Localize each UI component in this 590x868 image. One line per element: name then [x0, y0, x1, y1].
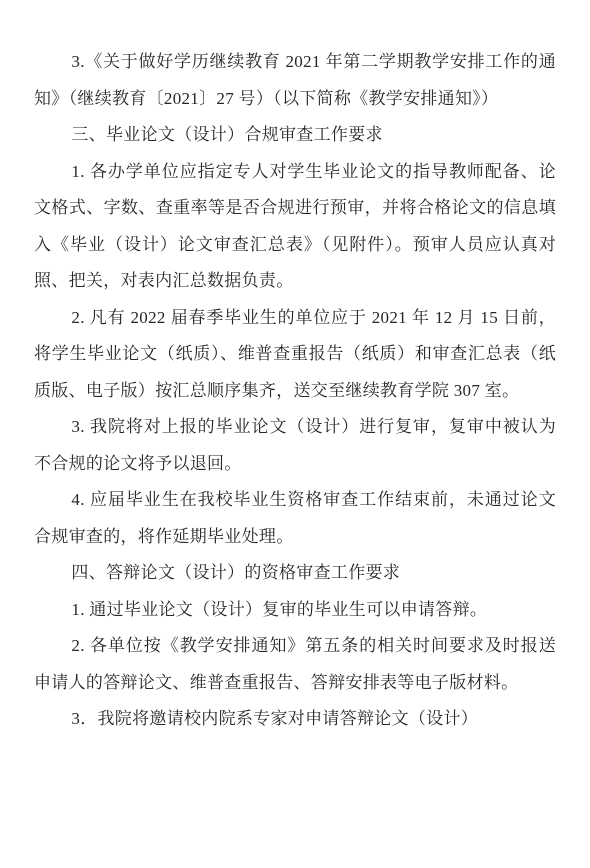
paragraph-defense-item2: 2. 各单位按《教学安排通知》第五条的相关时间要求及时报送申请人的答辩论文、维普… [34, 628, 556, 701]
paragraph-defense-item3: 3．我院将邀请校内院系专家对申请答辩论文（设计） [34, 701, 556, 738]
paragraph-presscreen-item2: 2. 凡有 2022 届春季毕业生的单位应于 2021 年 12 月 15 日前… [34, 300, 556, 410]
section-heading-3: 三、毕业论文（设计）合规审查工作要求 [34, 117, 556, 154]
paragraph-presscreen-item4: 4. 应届毕业生在我校毕业生资格审查工作结束前，未通过论文合规审查的，将作延期毕… [34, 482, 556, 555]
document-body: 3.《关于做好学历继续教育 2021 年第二学期教学安排工作的通知》（继续教育〔… [34, 44, 556, 738]
document-page: 3.《关于做好学历继续教育 2021 年第二学期教学安排工作的通知》（继续教育〔… [0, 0, 590, 868]
section-heading-4: 四、答辩论文（设计）的资格审查工作要求 [34, 555, 556, 592]
paragraph-presscreen-item1: 1. 各办学单位应指定专人对学生毕业论文的指导教师配备、论文格式、字数、查重率等… [34, 154, 556, 300]
paragraph-presscreen-item3: 3. 我院将对上报的毕业论文（设计）进行复审，复审中被认为不合规的论文将予以退回… [34, 409, 556, 482]
paragraph-defense-item1: 1. 通过毕业论文（设计）复审的毕业生可以申请答辩。 [34, 592, 556, 629]
paragraph-ref-notice: 3.《关于做好学历继续教育 2021 年第二学期教学安排工作的通知》（继续教育〔… [34, 44, 556, 117]
